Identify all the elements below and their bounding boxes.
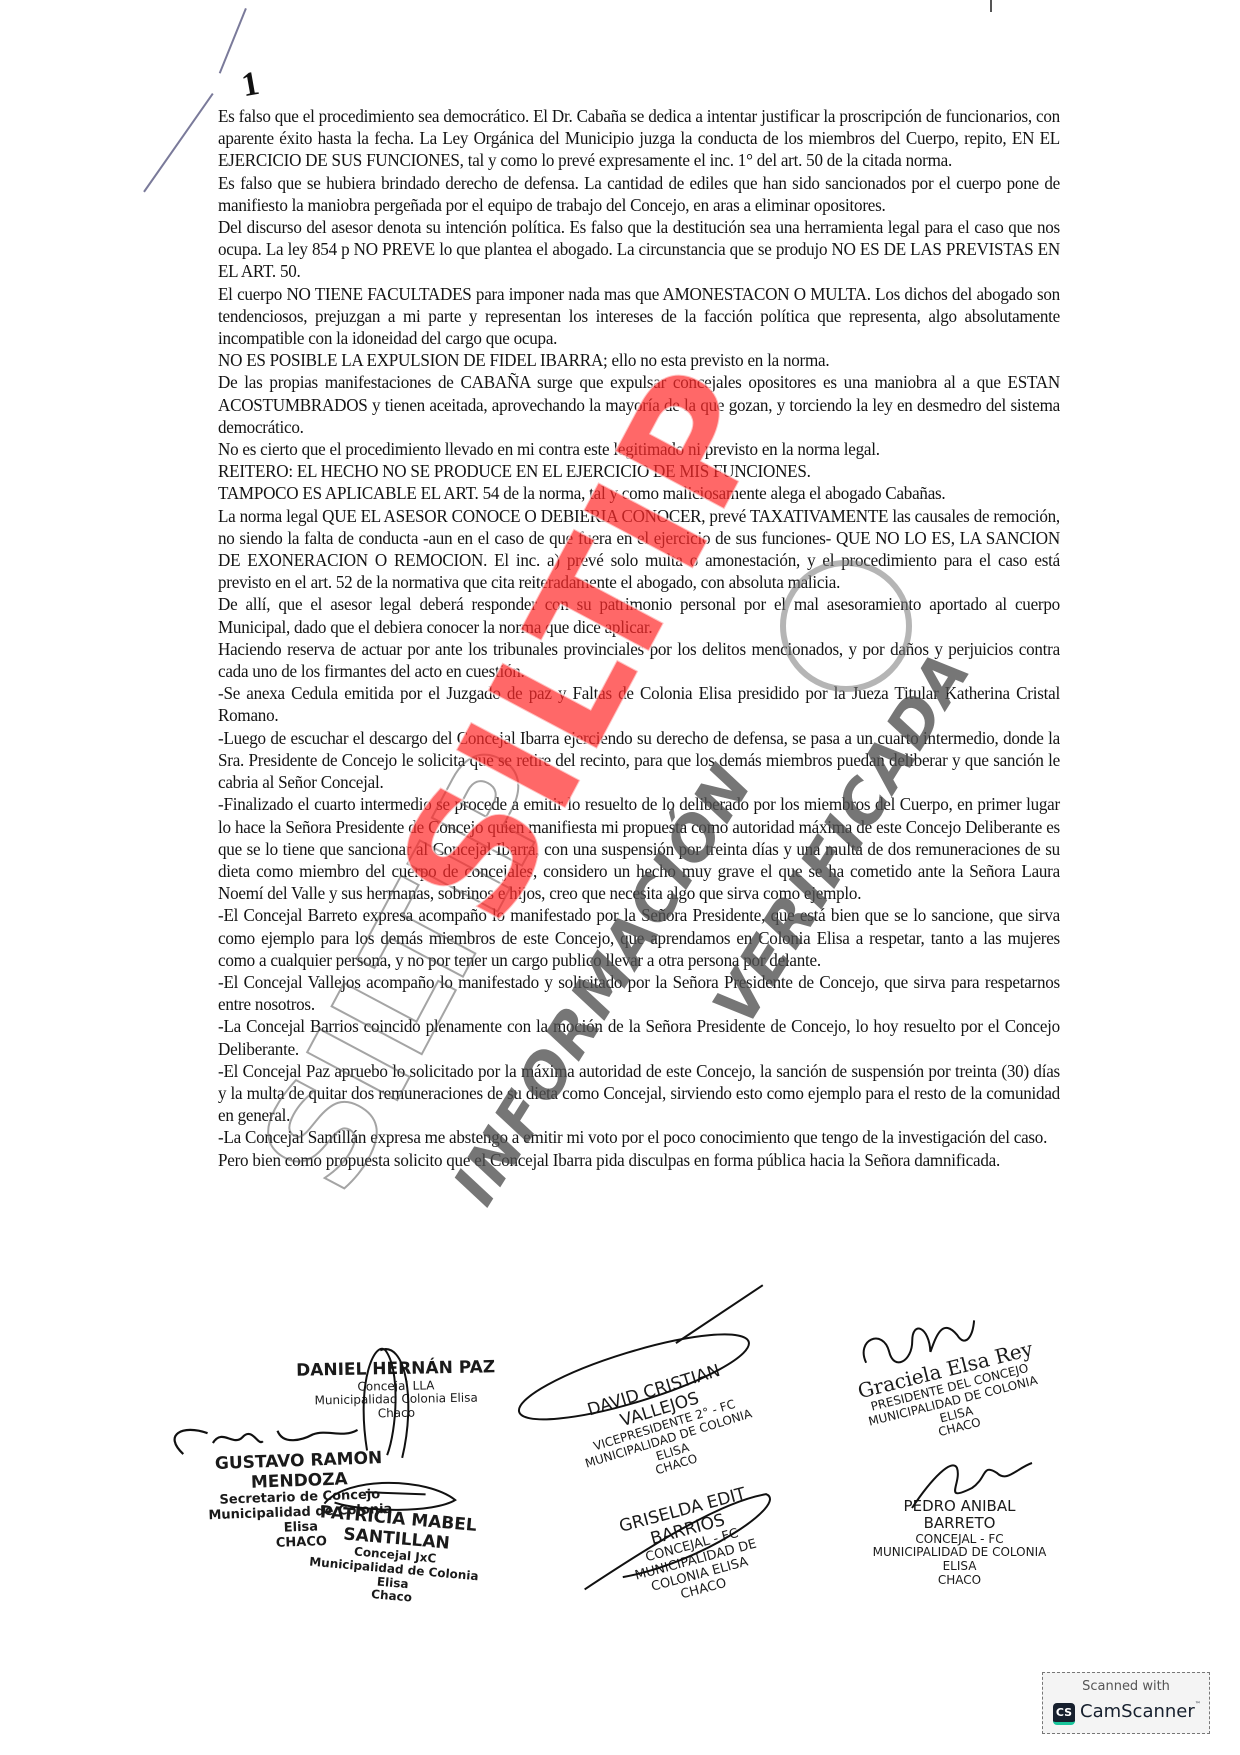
signature-block-barrios: GRISELDA EDIT BARRIOS CONCEJAL - FC MUNI… (598, 1480, 788, 1619)
paragraph: -Finalizado el cuarto intermedio se proc… (218, 793, 1060, 904)
paragraph: -El Concejal Paz apruebo lo solicitado p… (218, 1060, 1060, 1127)
signature-block-rey: Graciela Elsa Rey PRESIDENTE DEL CONCEJO… (855, 1337, 1049, 1456)
paragraph: El cuerpo NO TIENE FACULTADES para impon… (218, 283, 1060, 350)
camscanner-badge: Scanned with CS CamScanner™ (1042, 1672, 1210, 1734)
paragraph: La norma legal QUE EL ASESOR CONOCE O DE… (218, 505, 1060, 594)
signature-block-vallejos: DAVID CRISTIAN VALLEJOS VICEPRESIDENTE 2… (551, 1351, 779, 1503)
paragraph: -La Concejal Barrios coincido plenamente… (218, 1015, 1060, 1059)
handwritten-signature-icon (902, 1458, 1042, 1518)
paragraph: No es cierto que el procedimiento llevad… (218, 438, 1060, 460)
scan-pen-stroke (143, 93, 213, 192)
paragraph: De allí, que el asesor legal deberá resp… (218, 593, 1060, 637)
signatory-title: CONCEJAL - FC (872, 1533, 1047, 1547)
camscanner-logo-icon: CS (1053, 1703, 1075, 1725)
trademark-symbol: ™ (1195, 1701, 1201, 1708)
scanned-with-label: Scanned with (1043, 1679, 1209, 1694)
page-marker: 1 (239, 65, 262, 105)
paragraph: De las propias manifestaciones de CABAÑA… (218, 371, 1060, 438)
signature-block-paz: DANIEL HERNÁN PAZ Concejal LLA Municipal… (295, 1358, 496, 1422)
handwritten-signature-icon (355, 1340, 417, 1461)
signatory-province: CHACO (872, 1574, 1047, 1588)
watermark-circle-icon (780, 560, 912, 692)
paragraph: Del discurso del asesor denota su intenc… (218, 216, 1060, 283)
scan-pen-stroke (219, 8, 247, 74)
paragraph: Es falso que el procedimiento sea democr… (218, 105, 1060, 172)
handwritten-signature-icon (162, 1418, 363, 1465)
document-body: Es falso que el procedimiento sea democr… (218, 105, 1060, 1171)
paragraph: -El Concejal Barreto expresa acompaño lo… (218, 904, 1060, 971)
paragraph: NO ES POSIBLE LA EXPULSION DE FIDEL IBAR… (218, 349, 1060, 371)
paragraph: -El Concejal Vallejos acompaño lo manife… (218, 971, 1060, 1015)
signature-block-barreto: PEDRO ANIBAL BARRETO CONCEJAL - FC MUNIC… (872, 1498, 1047, 1588)
paragraph: Pero bien como propuesta solicito que el… (218, 1149, 1060, 1171)
signature-block-santillan: PATRICIA MABEL SANTILLAN Concejal JxC Mu… (296, 1502, 493, 1612)
camscanner-brand: CamScanner™ (1080, 1701, 1201, 1722)
paragraph: -Luego de escuchar el descargo del Conce… (218, 727, 1060, 794)
paragraph: Haciendo reserva de actuar por ante los … (218, 638, 1060, 682)
paragraph: TAMPOCO ES APLICABLE EL ART. 54 de la no… (218, 482, 1060, 504)
signatory-institution: MUNICIPALIDAD DE COLONIA ELISA (872, 1546, 1047, 1574)
scan-mark (990, 0, 992, 12)
brand-name: CamScanner (1080, 1701, 1195, 1722)
paragraph: -La Concejal Santillán expresa me absten… (218, 1126, 1060, 1148)
paragraph: -Se anexa Cedula emitida por el Juzgado … (218, 682, 1060, 726)
paragraph: REITERO: EL HECHO NO SE PRODUCE EN EL EJ… (218, 460, 1060, 482)
paragraph: Es falso que se hubiera brindado derecho… (218, 172, 1060, 216)
